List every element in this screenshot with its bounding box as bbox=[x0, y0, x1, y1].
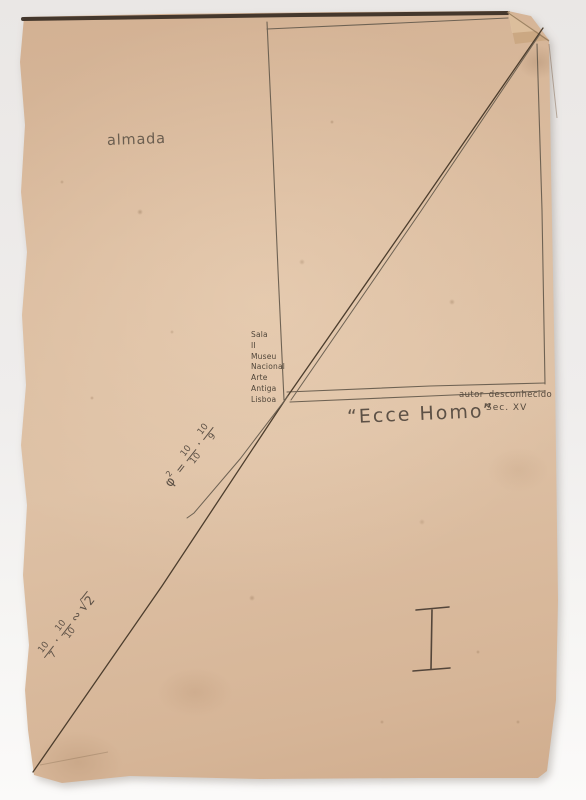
museum-note-line: Nacional bbox=[251, 362, 285, 373]
museum-note-line: Arte bbox=[251, 373, 285, 384]
museum-note-block: Sala II Museu Nacional Arte Antiga Lisbo… bbox=[251, 330, 285, 406]
museum-note-line: II bbox=[251, 341, 285, 352]
attribution-author: autor desconhecido bbox=[459, 390, 552, 400]
museum-note-line: Lisboa bbox=[251, 395, 285, 406]
museum-note-line: Antiga bbox=[251, 384, 285, 395]
museum-note-line: Museu bbox=[251, 352, 285, 363]
paper-shadow-wrap bbox=[0, 0, 586, 800]
attribution-period: Sec. XV bbox=[486, 403, 527, 413]
paper-sheet bbox=[0, 0, 586, 800]
artist-signature: almada bbox=[107, 131, 166, 149]
scanned-sheet-background: almada Sala II Museu Nacional Arte Antig… bbox=[0, 0, 586, 800]
fraction-denominator: 9 bbox=[207, 431, 218, 442]
fraction-denominator: 7 bbox=[47, 649, 58, 660]
plate-numeral: I bbox=[410, 598, 433, 666]
museum-note-line: Sala bbox=[251, 330, 285, 341]
